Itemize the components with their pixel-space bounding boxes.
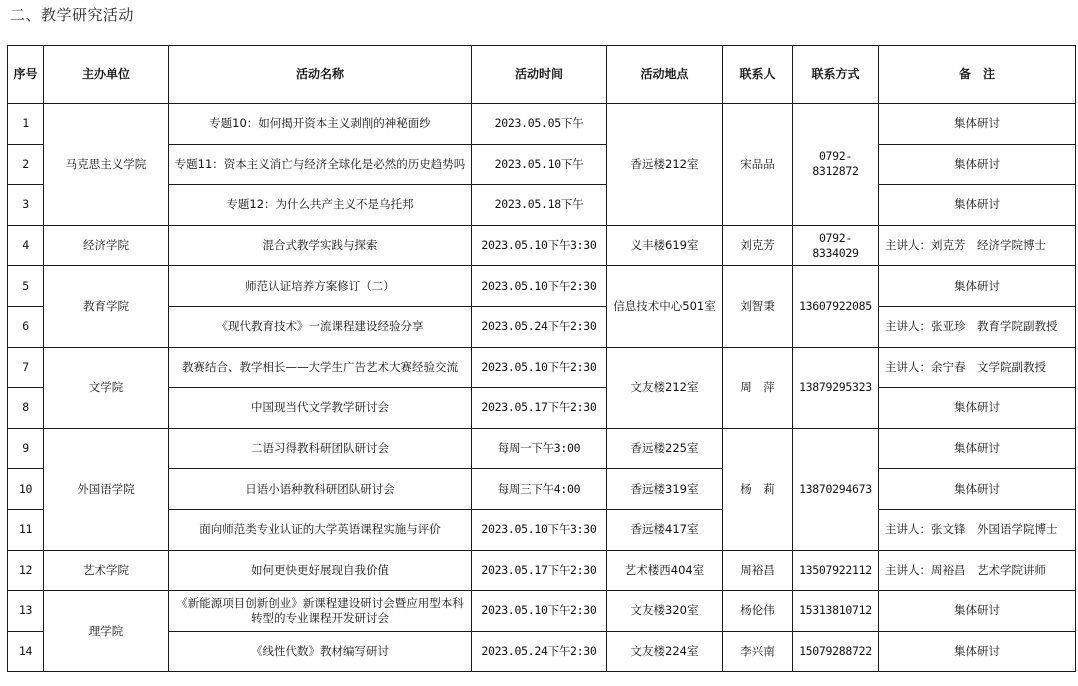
phone-cell: 13507922112	[793, 550, 879, 591]
host-cell: 教育学院	[44, 266, 169, 347]
header-name: 活动名称	[169, 46, 472, 104]
time-cell: 2023.05.10下午2:30	[472, 347, 607, 388]
header-place: 活动地点	[607, 46, 723, 104]
table-row: 4 经济学院 混合式教学实践与探索 2023.05.10下午3:30 义丰楼61…	[8, 225, 1076, 266]
activity-name-cell: 二语习得教科研团队研讨会	[169, 428, 472, 469]
place-cell: 文友楼212室	[607, 347, 723, 428]
remark-cell: 主讲人：张亚珍 教育学院副教授	[879, 306, 1076, 347]
seq-cell: 9	[8, 428, 44, 469]
host-cell: 马克思主义学院	[44, 104, 169, 226]
place-cell: 香远楼417室	[607, 509, 723, 550]
table-row: 6 《现代教育技术》一流课程建设经验分享 2023.05.24下午2:30 主讲…	[8, 306, 1076, 347]
seq-cell: 3	[8, 185, 44, 226]
seq-cell: 4	[8, 225, 44, 266]
remark-cell: 集体研讨	[879, 144, 1076, 185]
phone-cell: 0792-8312872	[793, 104, 879, 226]
time-cell: 2023.05.17下午2:30	[472, 388, 607, 429]
time-cell: 2023.05.24下午2:30	[472, 631, 607, 672]
header-time: 活动时间	[472, 46, 607, 104]
seq-cell: 2	[8, 144, 44, 185]
header-host: 主办单位	[44, 46, 169, 104]
remark-cell: 集体研讨	[879, 266, 1076, 307]
place-cell: 文友楼224室	[607, 631, 723, 672]
table-row: 2 专题11：资本主义消亡与经济全球化是必然的历史趋势吗 2023.05.10下…	[8, 144, 1076, 185]
place-cell: 香远楼319室	[607, 469, 723, 510]
seq-cell: 8	[8, 388, 44, 429]
activity-name-cell: 师范认证培养方案修订（二）	[169, 266, 472, 307]
remark-cell: 集体研讨	[879, 469, 1076, 510]
host-cell: 外国语学院	[44, 428, 169, 550]
activity-name-cell: 《线性代数》教材编写研讨	[169, 631, 472, 672]
seq-cell: 13	[8, 591, 44, 632]
header-remark: 备 注	[879, 46, 1076, 104]
activity-name-cell: 专题11：资本主义消亡与经济全球化是必然的历史趋势吗	[169, 144, 472, 185]
activity-name-cell: 《新能源项目创新创业》新课程建设研讨会暨应用型本科转型的专业课程开发研讨会	[169, 591, 472, 632]
table-row: 10 日语小语种教科研团队研讨会 每周三下午4:00 香远楼319室 集体研讨	[8, 469, 1076, 510]
header-row: 序号 主办单位 活动名称 活动时间 活动地点 联系人 联系方式 备 注	[8, 46, 1076, 104]
remark-cell: 主讲人：张文锋 外国语学院博士	[879, 509, 1076, 550]
seq-cell: 12	[8, 550, 44, 591]
table-row: 9 外国语学院 二语习得教科研团队研讨会 每周一下午3:00 香远楼225室 杨…	[8, 428, 1076, 469]
place-cell: 文友楼320室	[607, 591, 723, 632]
time-cell: 2023.05.17下午2:30	[472, 550, 607, 591]
place-cell: 义丰楼619室	[607, 225, 723, 266]
host-cell: 经济学院	[44, 225, 169, 266]
phone-cell: 13870294673	[793, 428, 879, 550]
remark-cell: 主讲人：余宁春 文学院副教授	[879, 347, 1076, 388]
time-cell: 2023.05.10下午	[472, 144, 607, 185]
header-phone: 联系方式	[793, 46, 879, 104]
place-cell: 香远楼212室	[607, 104, 723, 226]
phone-cell: 15313810712	[793, 591, 879, 632]
contact-cell: 李兴南	[723, 631, 793, 672]
time-cell: 2023.05.10下午2:30	[472, 266, 607, 307]
contact-cell: 宋品品	[723, 104, 793, 226]
time-cell: 2023.05.18下午	[472, 185, 607, 226]
table-row: 13 理学院 《新能源项目创新创业》新课程建设研讨会暨应用型本科转型的专业课程开…	[8, 591, 1076, 632]
seq-cell: 11	[8, 509, 44, 550]
table-row: 14 《线性代数》教材编写研讨 2023.05.24下午2:30 文友楼224室…	[8, 631, 1076, 672]
seq-cell: 10	[8, 469, 44, 510]
time-cell: 2023.05.24下午2:30	[472, 306, 607, 347]
time-cell: 2023.05.10下午3:30	[472, 225, 607, 266]
phone-cell: 0792-8334029	[793, 225, 879, 266]
remark-cell: 集体研讨	[879, 388, 1076, 429]
table-row: 5 教育学院 师范认证培养方案修订（二） 2023.05.10下午2:30 信息…	[8, 266, 1076, 307]
remark-cell: 集体研讨	[879, 104, 1076, 145]
contact-cell: 杨伦伟	[723, 591, 793, 632]
host-cell: 艺术学院	[44, 550, 169, 591]
host-cell: 文学院	[44, 347, 169, 428]
contact-cell: 刘克芳	[723, 225, 793, 266]
activity-name-cell: 面向师范类专业认证的大学英语课程实施与评价	[169, 509, 472, 550]
table-row: 3 专题12：为什么共产主义不是乌托邦 2023.05.18下午 集体研讨	[8, 185, 1076, 226]
header-contact: 联系人	[723, 46, 793, 104]
place-cell: 信息技术中心501室	[607, 266, 723, 347]
phone-cell: 13607922085	[793, 266, 879, 347]
remark-cell: 集体研讨	[879, 185, 1076, 226]
activity-name-cell: 如何更快更好展现自我价值	[169, 550, 472, 591]
activity-name-cell: 专题10：如何揭开资本主义剥削的神秘面纱	[169, 104, 472, 145]
contact-cell: 刘智秉	[723, 266, 793, 347]
host-cell: 理学院	[44, 591, 169, 672]
activity-name-cell: 教赛结合、教学相长——大学生广告艺术大赛经验交流	[169, 347, 472, 388]
activities-table: 序号 主办单位 活动名称 活动时间 活动地点 联系人 联系方式 备 注 1 马克…	[7, 45, 1076, 672]
time-cell: 2023.05.05下午	[472, 104, 607, 145]
time-cell: 2023.05.10下午2:30	[472, 591, 607, 632]
activity-name-cell: 中国现当代文学教学研讨会	[169, 388, 472, 429]
time-cell: 2023.05.10下午3:30	[472, 509, 607, 550]
phone-cell: 13879295323	[793, 347, 879, 428]
remark-cell: 集体研讨	[879, 631, 1076, 672]
activity-name-cell: 《现代教育技术》一流课程建设经验分享	[169, 306, 472, 347]
time-cell: 每周三下午4:00	[472, 469, 607, 510]
activity-name-cell: 专题12：为什么共产主义不是乌托邦	[169, 185, 472, 226]
time-cell: 每周一下午3:00	[472, 428, 607, 469]
table-row: 1 马克思主义学院 专题10：如何揭开资本主义剥削的神秘面纱 2023.05.0…	[8, 104, 1076, 145]
seq-cell: 7	[8, 347, 44, 388]
table-row: 7 文学院 教赛结合、教学相长——大学生广告艺术大赛经验交流 2023.05.1…	[8, 347, 1076, 388]
contact-cell: 杨 莉	[723, 428, 793, 550]
place-cell: 香远楼225室	[607, 428, 723, 469]
seq-cell: 6	[8, 306, 44, 347]
activity-name-cell: 混合式教学实践与探索	[169, 225, 472, 266]
remark-cell: 集体研讨	[879, 591, 1076, 632]
contact-cell: 周裕昌	[723, 550, 793, 591]
remark-cell: 主讲人：周裕昌 艺术学院讲师	[879, 550, 1076, 591]
activity-name-cell: 日语小语种教科研团队研讨会	[169, 469, 472, 510]
contact-cell: 周 萍	[723, 347, 793, 428]
seq-cell: 5	[8, 266, 44, 307]
phone-cell: 15079288722	[793, 631, 879, 672]
seq-cell: 1	[8, 104, 44, 145]
remark-cell: 主讲人：刘克芳 经济学院博士	[879, 225, 1076, 266]
seq-cell: 14	[8, 631, 44, 672]
table-row: 11 面向师范类专业认证的大学英语课程实施与评价 2023.05.10下午3:3…	[8, 509, 1076, 550]
table-row: 8 中国现当代文学教学研讨会 2023.05.17下午2:30 集体研讨	[8, 388, 1076, 429]
header-seq: 序号	[8, 46, 44, 104]
table-row: 12 艺术学院 如何更快更好展现自我价值 2023.05.17下午2:30 艺术…	[8, 550, 1076, 591]
remark-cell: 集体研讨	[879, 428, 1076, 469]
place-cell: 艺术楼西404室	[607, 550, 723, 591]
section-title: 二、教学研究活动	[10, 4, 134, 25]
